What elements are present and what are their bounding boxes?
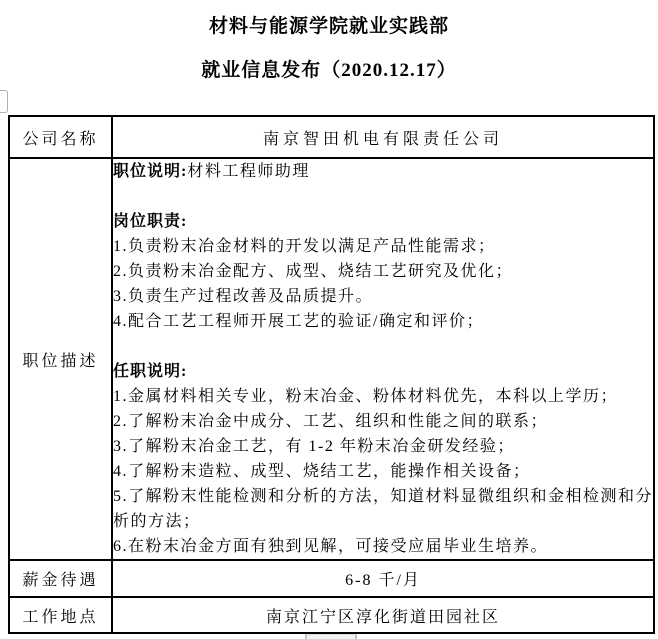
table-row-location: 工作地点 南京江宁区淳化街道田园社区 [9, 597, 654, 633]
duty-item: 1.负责粉末冶金材料的开发以满足产品性能需求； [113, 234, 653, 259]
table-row-salary: 薪金待遇 6-8 千/月 [9, 560, 654, 597]
company-name-value: 南京智田机电有限责任公司 [112, 116, 654, 158]
job-description-content: 职位说明:材料工程师助理 岗位职责: 1.负责粉末冶金材料的开发以满足产品性能需… [112, 158, 654, 560]
position-label: 职位说明: [113, 163, 187, 180]
salary-label: 薪金待遇 [9, 560, 112, 597]
requirement-item: 5.了解粉末性能检测和分析的方法，知道材料显微组织和金相检测和分析的方法； [113, 484, 653, 534]
collapsed-side-handle-button[interactable] [0, 90, 8, 113]
table-row-description: 职位描述 职位说明:材料工程师助理 岗位职责: 1.负责粉末冶金材料的开发以满足… [9, 158, 654, 560]
location-value: 南京江宁区淳化街道田园社区 [112, 597, 654, 633]
requirement-item: 2.了解粉末冶金中成分、工艺、组织和性能之间的联系； [113, 409, 653, 434]
duties-heading: 岗位职责: [113, 213, 187, 230]
requirement-item: 1.金属材料相关专业，粉末冶金、粉体材料优先，本科以上学历； [113, 384, 653, 409]
table-row-company: 公司名称 南京智田机电有限责任公司 [9, 116, 654, 158]
requirements-heading: 任职说明: [113, 363, 187, 380]
horizontal-scrollbar-thumb[interactable] [305, 634, 357, 639]
location-label: 工作地点 [9, 597, 112, 633]
requirement-item: 6.在粉末冶金方面有独到见解，可接受应届毕业生培养。 [113, 534, 653, 559]
requirement-item: 4.了解粉末造粒、成型、烧结工艺，能操作相关设备； [113, 459, 653, 484]
salary-value: 6-8 千/月 [112, 560, 654, 597]
duty-item: 2.负责粉末冶金配方、成型、烧结工艺研究及优化； [113, 259, 653, 284]
blank-line [113, 184, 653, 209]
page-subtitle: 就业信息发布（2020.12.17） [0, 55, 658, 82]
duty-item: 3.负责生产过程改善及品质提升。 [113, 284, 653, 309]
duty-item: 4.配合工艺工程师开展工艺的验证/确定和评价； [113, 309, 653, 334]
job-description-label: 职位描述 [9, 158, 112, 560]
position-value: 材料工程师助理 [187, 163, 310, 180]
company-name-label: 公司名称 [9, 116, 112, 158]
position-line: 职位说明:材料工程师助理 [113, 159, 653, 184]
page-title: 材料与能源学院就业实践部 [0, 11, 658, 38]
requirement-item: 3.了解粉末冶金工艺，有 1-2 年粉末冶金研发经验； [113, 434, 653, 459]
blank-line [113, 334, 653, 359]
job-info-table: 公司名称 南京智田机电有限责任公司 职位描述 职位说明:材料工程师助理 岗位职责… [8, 115, 655, 634]
